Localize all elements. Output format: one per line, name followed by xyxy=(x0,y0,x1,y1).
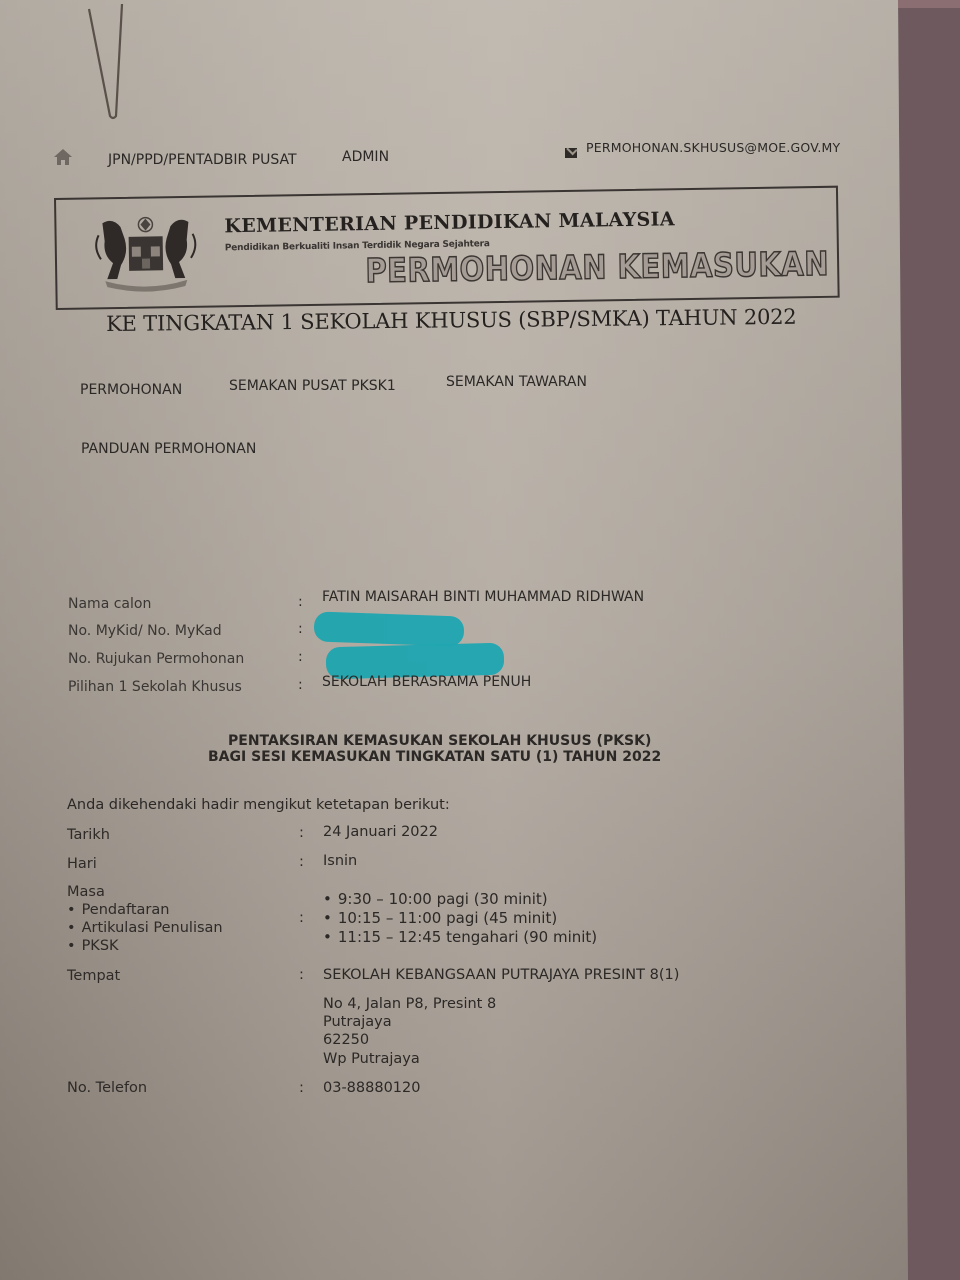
nav-link-admin[interactable]: ADMIN xyxy=(342,149,389,165)
assessment-intro: Anda dikehendaki hadir mengikut ketetapa… xyxy=(67,797,450,813)
separator: : xyxy=(299,910,304,926)
label-telefon: No. Telefon xyxy=(67,1080,147,1096)
menu-panduan-permohonan[interactable]: PANDUAN PERMOHONAN xyxy=(81,441,256,457)
value-tarikh: 24 Januari 2022 xyxy=(323,824,438,840)
menu-semakan-tawaran[interactable]: SEMAKAN TAWARAN xyxy=(446,374,587,390)
label-masa: Masa xyxy=(67,884,105,900)
banner-title: PERMOHONAN KEMASUKAN xyxy=(365,244,829,290)
masa-item-pendaftaran: Pendaftaran xyxy=(67,902,169,918)
home-icon[interactable] xyxy=(53,148,73,166)
masa-time-2: 10:15 – 11:00 pagi (45 minit) xyxy=(323,909,557,927)
label-tempat: Tempat xyxy=(67,968,120,984)
assessment-title-line2: BAGI SESI KEMASUKAN TINGKATAN SATU (1) T… xyxy=(208,749,661,765)
value-nama-calon: FATIN MAISARAH BINTI MUHAMMAD RIDHWAN xyxy=(322,589,644,605)
assessment-title-line1: PENTAKSIRAN KEMASUKAN SEKOLAH KHUSUS (PK… xyxy=(228,733,651,749)
separator: : xyxy=(299,854,304,870)
masa-item-pksk: PKSK xyxy=(67,938,119,954)
masa-time-3: 11:15 – 12:45 tengahari (90 minit) xyxy=(323,928,597,946)
value-telefon: 03-88880120 xyxy=(323,1080,421,1096)
address-line-3: 62250 xyxy=(323,1032,369,1048)
separator: : xyxy=(298,677,303,693)
separator: : xyxy=(298,621,303,637)
coat-of-arms-logo xyxy=(90,212,201,294)
label-tarikh: Tarikh xyxy=(67,827,110,843)
header-banner: KEMENTERIAN PENDIDIKAN MALAYSIA Pendidik… xyxy=(54,186,840,310)
masa-time-1: 9:30 – 10:00 pagi (30 minit) xyxy=(323,890,548,908)
menu-permohonan[interactable]: PERMOHONAN xyxy=(80,382,182,398)
nav-link-jpn-ppd[interactable]: JPN/PPD/PENTADBIR PUSAT xyxy=(108,152,297,168)
ministry-name: KEMENTERIAN PENDIDIKAN MALAYSIA xyxy=(224,208,675,237)
masa-item-artikulasi: Artikulasi Penulisan xyxy=(67,920,223,936)
value-pilihan-sekolah: SEKOLAH BERASRAMA PENUH xyxy=(322,674,531,690)
separator: : xyxy=(299,1080,304,1096)
separator: : xyxy=(299,967,304,983)
separator: : xyxy=(298,594,303,610)
contact-email-link[interactable]: PERMOHONAN.SKHUSUS@MOE.GOV.MY xyxy=(586,140,840,155)
value-tempat-name: SEKOLAH KEBANGSAAN PUTRAJAYA PRESINT 8(1… xyxy=(323,967,679,983)
value-hari: Isnin xyxy=(323,853,357,869)
label-nama-calon: Nama calon xyxy=(68,596,151,612)
separator: : xyxy=(298,649,303,665)
address-line-2: Putrajaya xyxy=(323,1014,392,1030)
separator: : xyxy=(299,825,304,841)
paper-clip xyxy=(86,4,126,120)
menu-semakan-pusat-pksk1[interactable]: SEMAKAN PUSAT PKSK1 xyxy=(229,378,396,394)
label-hari: Hari xyxy=(67,856,97,872)
address-line-1: No 4, Jalan P8, Presint 8 xyxy=(323,996,496,1012)
label-mykid: No. MyKid/ No. MyKad xyxy=(68,623,222,639)
address-line-4: Wp Putrajaya xyxy=(323,1051,420,1067)
label-no-rujukan: No. Rujukan Permohonan xyxy=(68,651,244,667)
envelope-icon xyxy=(565,148,577,158)
label-pilihan-sekolah: Pilihan 1 Sekolah Khusus xyxy=(68,679,242,695)
redaction-mykid xyxy=(314,611,465,646)
